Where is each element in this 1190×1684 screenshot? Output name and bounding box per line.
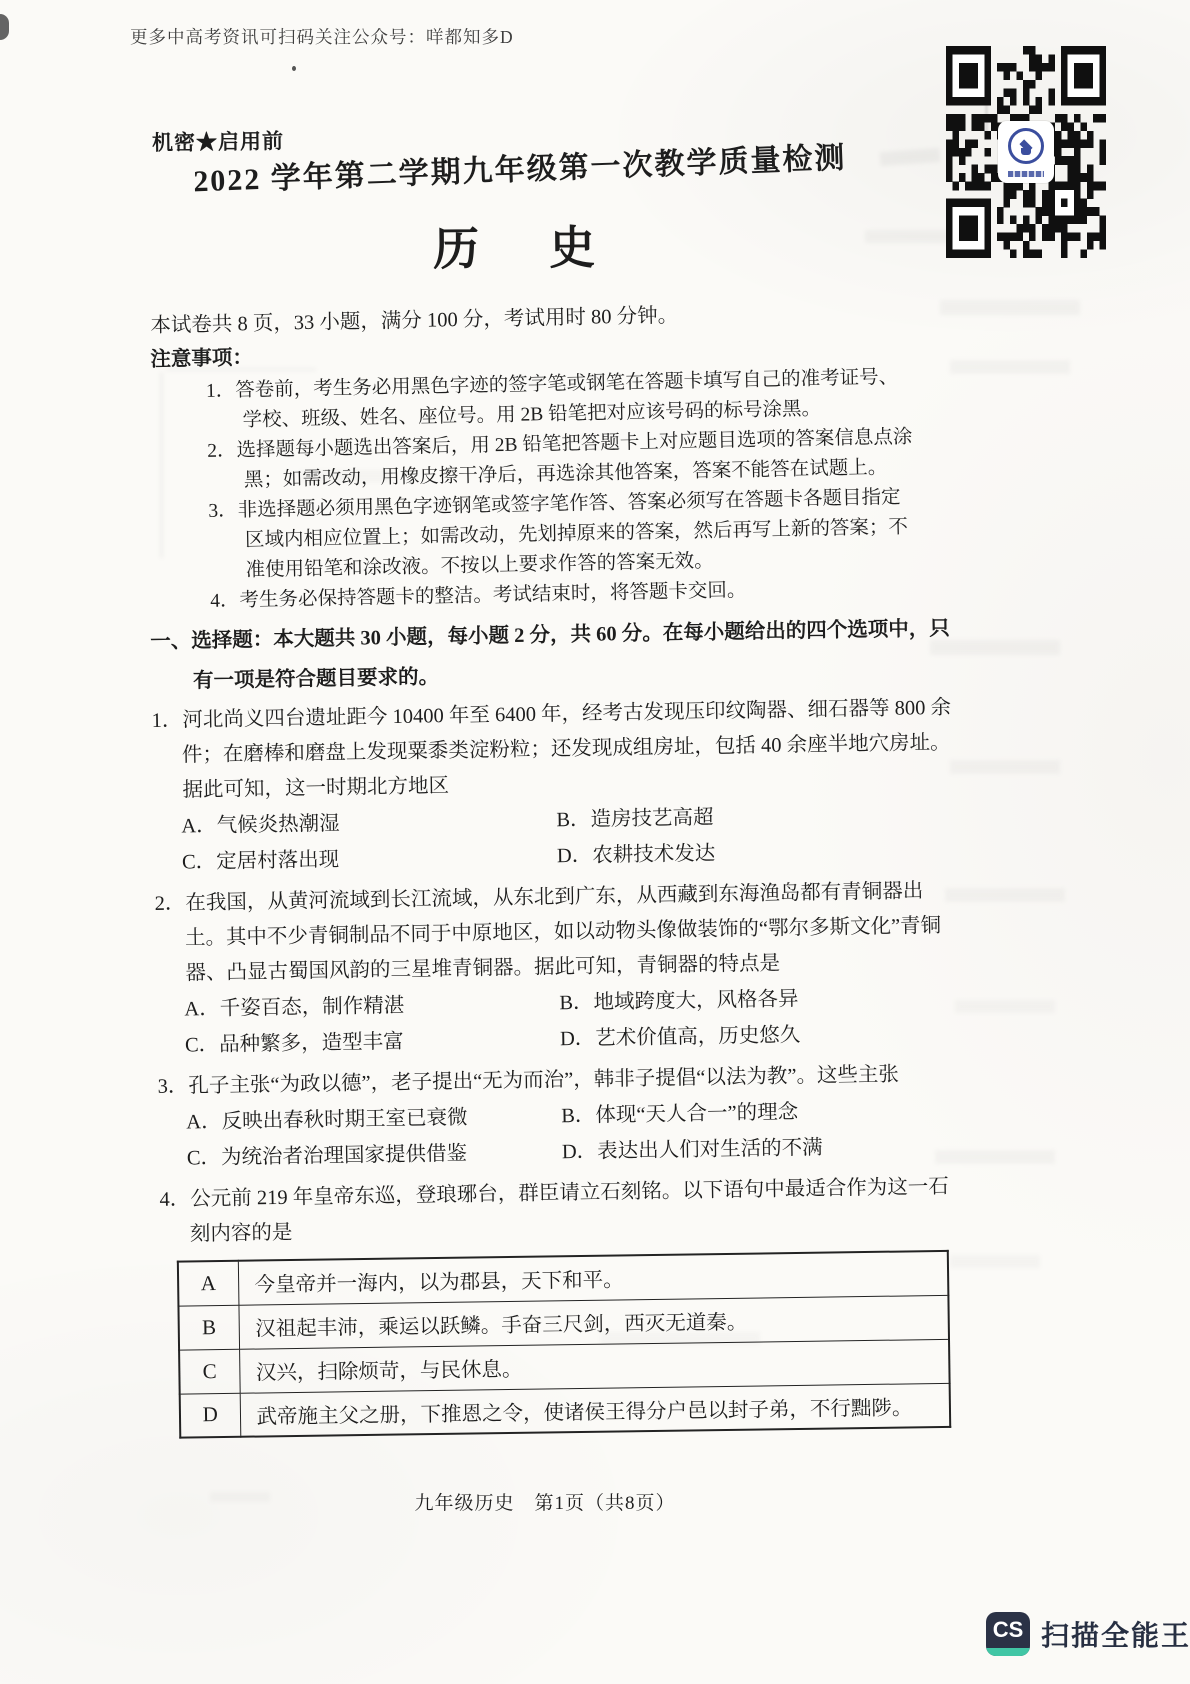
question-text: 河北尚义四台遗址距今 10400 年至 6400 年，经考古发现压印纹陶器、细石… — [182, 697, 951, 802]
question-number: 1． — [151, 709, 182, 732]
notice-item-number: 1． — [206, 380, 236, 402]
option-c: C．品种繁多，造型丰富 — [185, 1021, 561, 1063]
section-prefix: 一、 — [150, 630, 191, 653]
options: A．反映出春秋时期王室已衰微 B．体现“天人合一”的理念 C．为统治者治理国家提… — [158, 1092, 961, 1177]
options: A．千姿百态，制作精湛 B．地域跨度大，风格各异 C．品种繁多，造型丰富 D．艺… — [156, 979, 959, 1064]
notice-section: 注意事项： 1．答卷前，考生务必用黑色字迹的签字笔或钢笔在答题卡填写自己的准考证… — [150, 327, 925, 618]
options: A．气候炎热潮湿 B．造房技艺高超 C．定居村落出现 D．农耕技术发达 — [153, 796, 956, 881]
question-text: 公元前 219 年皇帝东巡，登琅琊台，群臣请立石刻铭。以下语句中最适合作为这一石… — [190, 1176, 949, 1246]
scan-artifact — [955, 1000, 1055, 1013]
option-a: A．千姿百态，制作精湛 — [184, 985, 560, 1027]
row-letter: A — [178, 1261, 239, 1306]
camscanner-watermark: CS 扫描全能王 — [986, 1612, 1190, 1656]
subject-title: 历 史 — [150, 208, 891, 282]
notice-item-number: 4． — [210, 590, 240, 612]
scan-artifact — [950, 1255, 1040, 1268]
notice-list: 1．答卷前，考生务必用黑色字迹的签字笔或钢笔在答题卡填写自己的准考证号、学校、班… — [206, 363, 921, 617]
option-d: D．农耕技术发达 — [557, 832, 957, 875]
scan-artifact — [292, 66, 296, 71]
question-text: 在我国，从黄河流域到长江流域，从东北到广东，从西藏到东海渔岛都有青铜器出土。其中… — [185, 880, 941, 984]
scan-artifact — [940, 300, 1080, 315]
notice-item-text: 选择题每小题选出答案后，用 2B 铅笔把答题卡上对应题目选项的答案信息点涂黑；如… — [236, 427, 912, 491]
notice-item-number: 2． — [207, 440, 237, 462]
q4-options-table: A 今皇帝并一海内，以为郡县，天下和平。 B 汉祖起丰沛，乘运以跃鳞。手奋三尺剑… — [177, 1250, 951, 1439]
section-one-heading: 一、选择题：本大题共 30 小题，每小题 2 分，共 60 分。在每小题给出的四… — [150, 609, 953, 702]
notice-item-text: 非选择题必须用黑色字迹钢笔或签字笔作答、答案必须写在答题卡各题目指定区域内相应位… — [237, 487, 908, 581]
row-letter: B — [178, 1305, 239, 1350]
scan-artifact — [950, 760, 1060, 774]
question-4: 4．公元前 219 年皇帝东巡，登琅琊台，群臣请立石刻铭。以下语句中最适合作为这… — [159, 1170, 965, 1440]
scan-artifact — [950, 360, 1070, 374]
camscanner-app-name: 扫描全能王 — [1041, 1614, 1190, 1654]
option-d: D．艺术价值高，历史悠久 — [560, 1015, 960, 1058]
question-number: 3． — [158, 1075, 189, 1098]
section-text: 选择题：本大题共 30 小题，每小题 2 分，共 60 分。在每小题给出的四个选… — [191, 618, 950, 693]
notice-item-text: 答卷前，考生务必用黑色字迹的签字笔或钢笔在答题卡填写自己的准考证号、学校、班级、… — [235, 367, 898, 431]
notice-item-text: 考生务必保持答题卡的整洁。考试结束时，将答题卡交回。 — [239, 580, 746, 611]
row-text: 武帝施主父之册，下推恩之令，使诸侯王得分户邑以封子弟，不行黜陟。 — [240, 1383, 951, 1437]
camscanner-logo-icon: CS — [986, 1612, 1030, 1656]
page-footer: 九年级历史 第1页（共8页） — [150, 1488, 940, 1515]
question-3: 3．孔子主张“为政以德”，老子提出“无为而治”，韩非子提倡“以法为教”。这些主张… — [157, 1057, 961, 1177]
option-d: D．表达出人们对生活的不满 — [562, 1128, 962, 1171]
question-1: 1．河北尚义四台遗址距今 10400 年至 6400 年，经考古发现压印纹陶器、… — [151, 691, 956, 881]
scanned-exam-page: 更多中高考资讯可扫码关注公众号：咩都知多D 机密★启用前 2022 学年第二学期… — [0, 0, 1190, 1684]
option-a: A．反映出春秋时期王室已衰微 — [186, 1098, 562, 1140]
row-letter: C — [179, 1349, 240, 1394]
promo-note: 更多中高考资讯可扫码关注公众号：咩都知多D — [130, 24, 514, 49]
question-stem: 2．在我国，从黄河流域到长江流域，从东北到广东，从西藏到东海渔岛都有青铜器出土。… — [154, 874, 958, 992]
option-c: C．为统治者治理国家提供借鉴 — [187, 1134, 563, 1176]
qr-badge-text-bar — [1008, 171, 1044, 177]
notice-item: 3．非选择题必须用黑色字迹钢笔或签字笔作答、答案必须写在答题卡各题目指定区域内相… — [208, 483, 920, 587]
qr-center-logo-icon — [998, 121, 1054, 183]
question-2: 2．在我国，从黄河流域到长江流域，从东北到广东，从西藏到东海渔岛都有青铜器出土。… — [154, 874, 959, 1064]
notice-item-number: 3． — [208, 500, 238, 522]
camscanner-badge-text: CS — [986, 1617, 1030, 1643]
question-stem: 4．公元前 219 年皇帝东巡，登琅琊台，群臣请立石刻铭。以下语句中最适合作为这… — [159, 1170, 962, 1253]
question-number: 2． — [154, 892, 185, 915]
camscanner-accent-strip — [986, 1648, 1030, 1656]
scan-artifact — [0, 14, 9, 40]
scan-artifact — [945, 888, 1065, 902]
questions-section: 一、选择题：本大题共 30 小题，每小题 2 分，共 60 分。在每小题给出的四… — [150, 609, 966, 1446]
question-text: 孔子主张“为政以德”，老子提出“无为而治”，韩非子提倡“以法为教”。这些主张 — [188, 1064, 899, 1098]
option-a: A．气候炎热潮湿 — [181, 802, 557, 844]
question-stem: 1．河北尚义四台遗址距今 10400 年至 6400 年，经考古发现压印纹陶器、… — [151, 691, 955, 809]
school-emblem-icon — [1008, 128, 1044, 164]
question-number: 4． — [159, 1188, 190, 1211]
qr-code — [946, 46, 1106, 258]
table-row: D 武帝施主父之册，下推恩之令，使诸侯王得分户邑以封子弟，不行黜陟。 — [180, 1383, 951, 1438]
row-letter: D — [180, 1393, 241, 1438]
option-c: C．定居村落出现 — [182, 838, 558, 880]
confidential-label: 机密★启用前 — [152, 125, 284, 157]
